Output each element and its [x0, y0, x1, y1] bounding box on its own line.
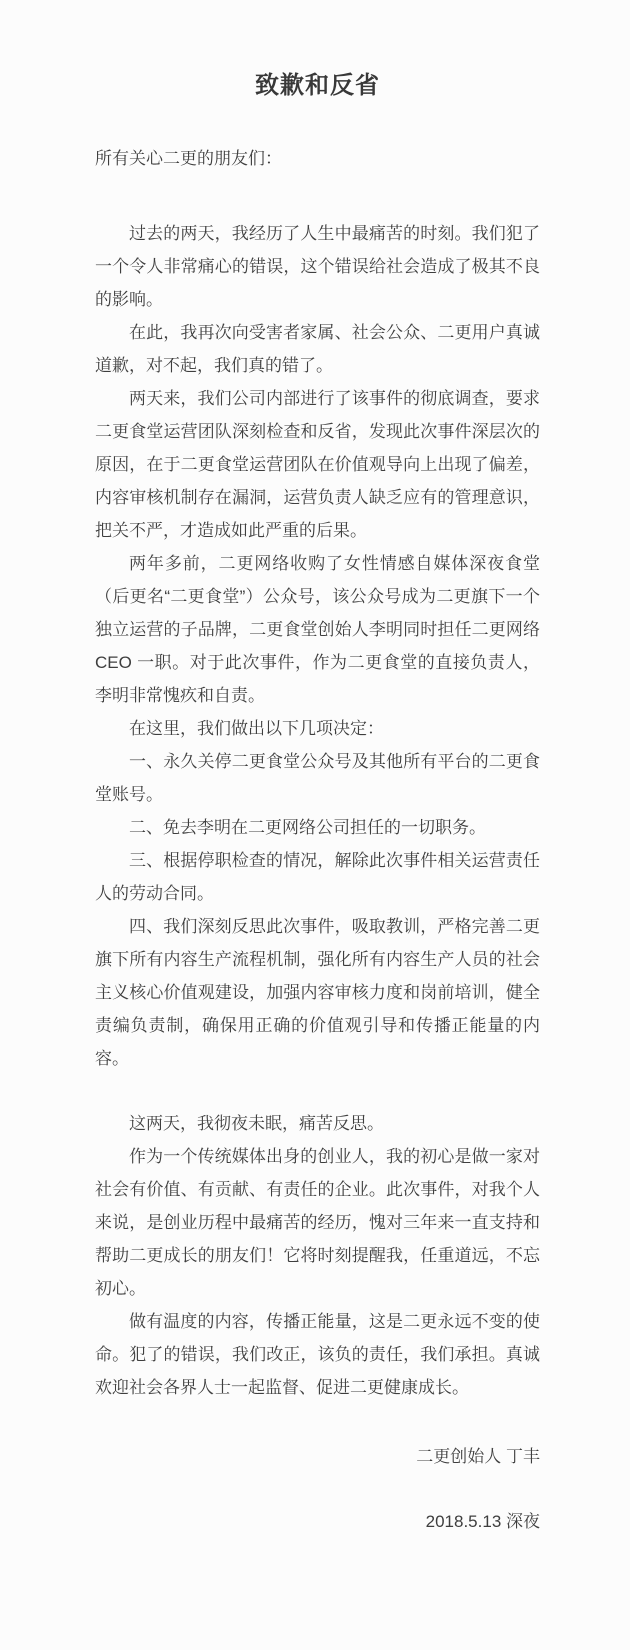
- apology-letter-page: 致歉和反省 所有关心二更的朋友们： 过去的两天，我经历了人生中最痛苦的时刻。我们…: [0, 0, 630, 1650]
- paragraph: 这两天，我彻夜未眠，痛苦反思。: [95, 1107, 540, 1140]
- paragraph: 两年多前，二更网络收购了女性情感自媒体深夜食堂（后更名“二更食堂”）公众号，该公…: [95, 547, 540, 712]
- dateline: 2018.5.13 深夜: [95, 1505, 540, 1538]
- page-title: 致歉和反省: [95, 70, 540, 102]
- signature: 二更创始人 丁丰: [95, 1440, 540, 1473]
- decision-item-1: 一、永久关停二更食堂公众号及其他所有平台的二更食堂账号。: [95, 745, 540, 811]
- paragraph: 做有温度的内容，传播正能量，这是二更永远不变的使命。犯了的错误，我们改正，该负的…: [95, 1305, 540, 1404]
- paragraph: 两天来，我们公司内部进行了该事件的彻底调查，要求二更食堂运营团队深刻检查和反省，…: [95, 382, 540, 547]
- paragraph: 在这里，我们做出以下几项决定：: [95, 712, 540, 745]
- paragraph: 在此，我再次向受害者家属、社会公众、二更用户真诚道歉，对不起，我们真的错了。: [95, 316, 540, 382]
- letter-body: 过去的两天，我经历了人生中最痛苦的时刻。我们犯了一个令人非常痛心的错误，这个错误…: [95, 217, 540, 1404]
- decision-item-2: 二、免去李明在二更网络公司担任的一切职务。: [95, 811, 540, 844]
- decision-item-4: 四、我们深刻反思此次事件，吸取教训，严格完善二更旗下所有内容生产流程机制，强化所…: [95, 910, 540, 1075]
- decision-item-3: 三、根据停职检查的情况，解除此次事件相关运营责任人的劳动合同。: [95, 844, 540, 910]
- paragraph: 作为一个传统媒体出身的创业人，我的初心是做一家对社会有价值、有贡献、有责任的企业…: [95, 1140, 540, 1305]
- paragraph: 过去的两天，我经历了人生中最痛苦的时刻。我们犯了一个令人非常痛心的错误，这个错误…: [95, 217, 540, 316]
- salutation: 所有关心二更的朋友们：: [95, 142, 540, 175]
